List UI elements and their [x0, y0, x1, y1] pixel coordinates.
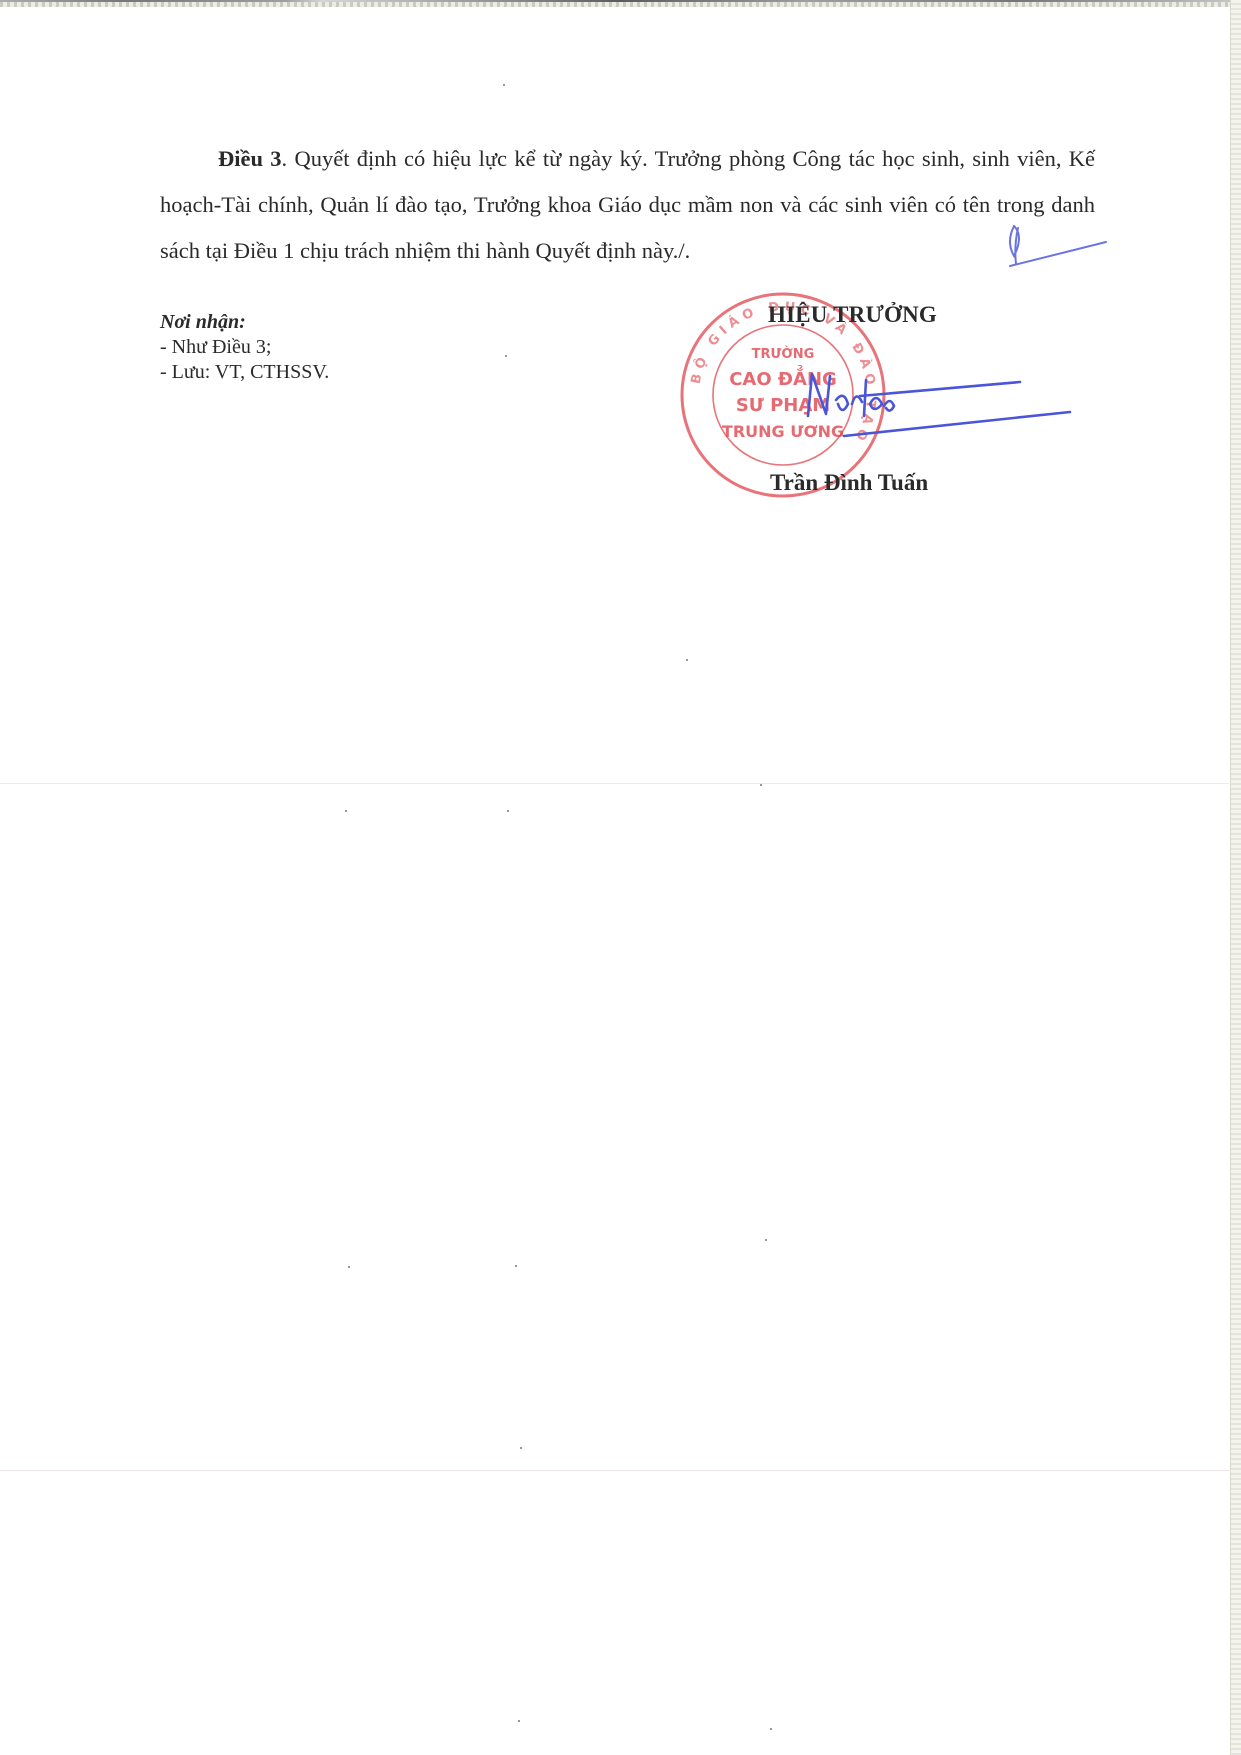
article-3-text: . Quyết định có hiệu lực kể từ ngày ký. … [160, 146, 1095, 263]
recipients-block: Nơi nhận: - Như Điều 3; - Lưu: VT, CTHSS… [160, 310, 329, 385]
article-3-label: Điều 3 [218, 146, 282, 171]
signature-icon [800, 360, 1080, 440]
recipient-item: - Như Điều 3; [160, 335, 329, 360]
signatory-title: HIỆU TRƯỞNG [768, 302, 937, 328]
article-3-paragraph: Điều 3. Quyết định có hiệu lực kể từ ngà… [160, 136, 1095, 274]
scan-top-edge [0, 0, 1241, 7]
initial-mark [1000, 222, 1110, 282]
page-fold-line [0, 1470, 1231, 1471]
initial-icon [1000, 222, 1110, 282]
scan-right-edge [1230, 0, 1241, 1755]
recipient-item: - Lưu: VT, CTHSSV. [160, 360, 329, 385]
page-fold-line [0, 783, 1231, 784]
recipients-heading: Nơi nhận: [160, 310, 329, 335]
signatory-name: Trần Đình Tuấn [770, 470, 928, 496]
handwritten-signature [800, 360, 1080, 440]
